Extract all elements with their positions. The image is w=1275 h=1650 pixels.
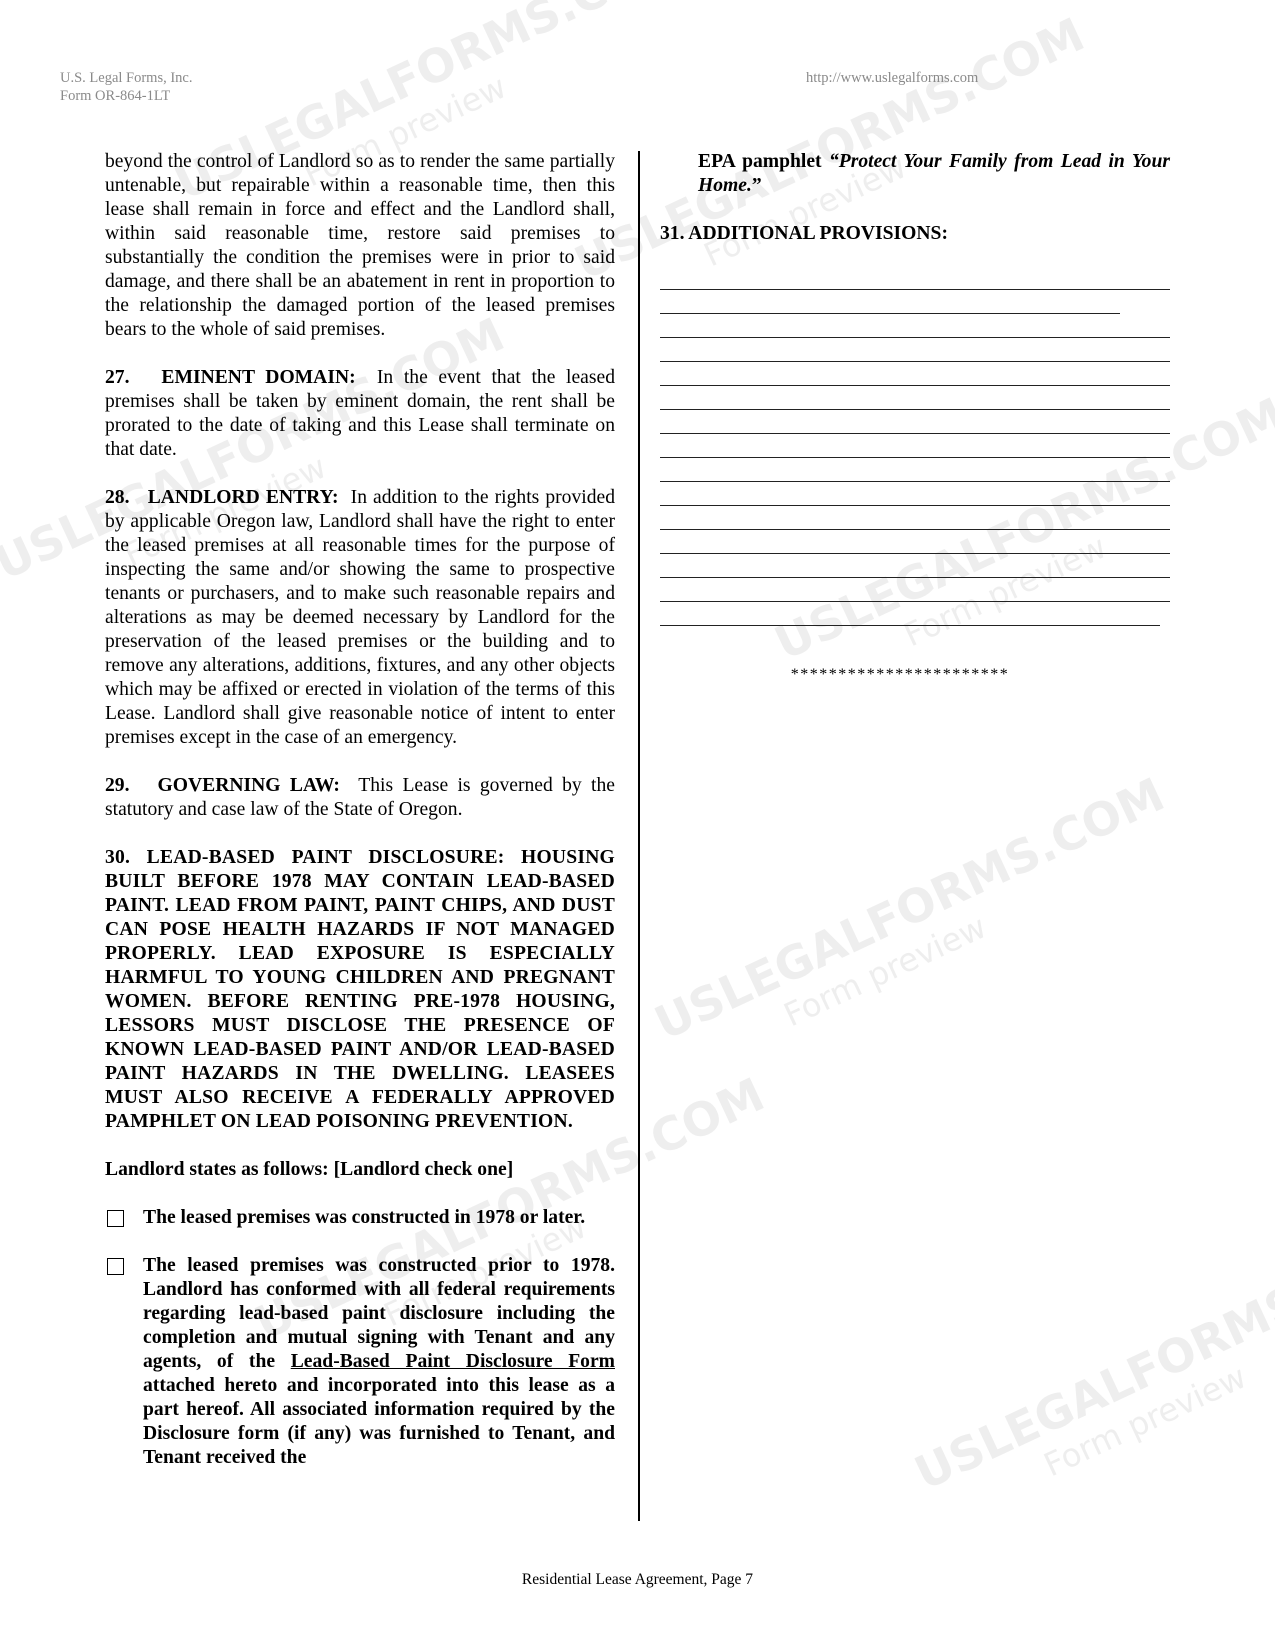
form-number: Form OR-864-1LT — [60, 87, 193, 105]
watermark: USLEGALFORMS.COMForm preview — [907, 1217, 1275, 1535]
column-divider — [638, 151, 640, 1521]
blank-line[interactable] — [660, 578, 1170, 602]
end-separator: *********************** — [660, 666, 1170, 684]
landlord-instruction: Landlord states as follows: [Landlord ch… — [105, 1158, 615, 1182]
checkbox-prior-1978[interactable] — [107, 1258, 124, 1275]
blank-line[interactable] — [660, 266, 1170, 290]
blank-line[interactable] — [660, 338, 1170, 362]
section-title: LANDLORD ENTRY: — [148, 487, 339, 508]
section-27: 27. EMINENT DOMAIN: In the event that th… — [105, 366, 615, 462]
section-31-title: 31. ADDITIONAL PROVISIONS: — [660, 222, 1170, 246]
blank-line[interactable] — [660, 386, 1170, 410]
right-column: EPA pamphlet “Protect Your Family from L… — [660, 150, 1170, 684]
blank-line[interactable] — [660, 434, 1170, 458]
option-label: The leased premises was constructed prio… — [143, 1254, 615, 1470]
option-built-1978-or-later: The leased premises was constructed in 1… — [105, 1206, 615, 1230]
continued-paragraph: beyond the control of Landlord so as to … — [105, 150, 615, 342]
section-body: In addition to the rights provided by ap… — [105, 487, 615, 748]
section-30-lead-paint-heading: 30. LEAD-BASED PAINT DISCLOSURE: HOUSING… — [105, 846, 615, 1134]
header-url: http://www.uslegalforms.com — [806, 69, 978, 87]
blank-line[interactable] — [660, 314, 1170, 338]
section-number: 29. — [105, 775, 130, 796]
section-29: 29. GOVERNING LAW: This Lease is governe… — [105, 774, 615, 822]
watermark: USLEGALFORMS.COMForm preview — [647, 767, 1189, 1085]
epa-pamphlet-text: EPA pamphlet “Protect Your Family from L… — [660, 150, 1170, 198]
checkbox-1978-or-later[interactable] — [107, 1210, 124, 1227]
option-built-prior-1978: The leased premises was constructed prio… — [105, 1254, 615, 1470]
company-name: U.S. Legal Forms, Inc. — [60, 69, 193, 87]
blank-line[interactable] — [660, 362, 1170, 386]
blank-line[interactable] — [660, 554, 1170, 578]
blank-line[interactable] — [660, 290, 1120, 314]
additional-provisions-lines — [660, 266, 1170, 626]
section-title: EMINENT DOMAIN: — [161, 367, 355, 388]
blank-line[interactable] — [660, 506, 1170, 530]
blank-line[interactable] — [660, 530, 1170, 554]
section-28: 28. LANDLORD ENTRY: In addition to the r… — [105, 486, 615, 750]
section-number: 28. — [105, 487, 130, 508]
page-footer: Residential Lease Agreement, Page 7 — [0, 1571, 1275, 1589]
section-title: GOVERNING LAW: — [158, 775, 340, 796]
section-number: 27. — [105, 367, 130, 388]
blank-line[interactable] — [660, 458, 1170, 482]
left-column: beyond the control of Landlord so as to … — [105, 150, 615, 1470]
blank-line[interactable] — [660, 482, 1170, 506]
blank-line[interactable] — [660, 602, 1160, 626]
disclosure-form-link: Lead-Based Paint Disclosure Form — [291, 1351, 615, 1372]
option-label: The leased premises was constructed in 1… — [143, 1206, 615, 1230]
blank-line[interactable] — [660, 410, 1170, 434]
page-header-left: U.S. Legal Forms, Inc. Form OR-864-1LT — [60, 69, 193, 105]
